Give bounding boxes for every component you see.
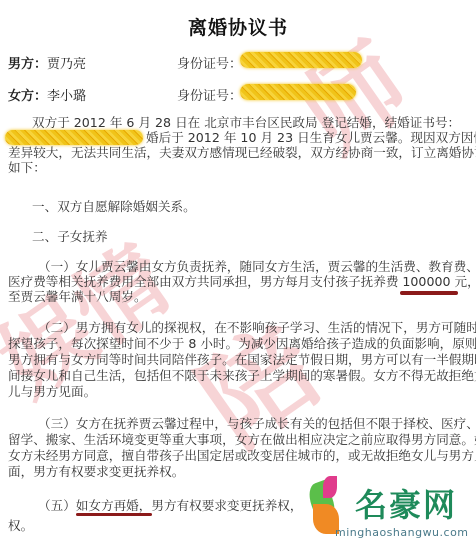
clause-2-line-5: 儿与男方见面。 <box>8 384 96 399</box>
female-id-redaction <box>240 84 356 100</box>
male-party: 男方：贾乃亮 <box>8 53 86 72</box>
clause-1-line-1: （一）女儿贾云馨由女方负责抚养，随同女方生活，贾云馨的生活费、教育费、 <box>38 259 476 274</box>
male-label: 男方： <box>8 57 47 72</box>
divorce-agreement-page: 娱情 陪 师 离婚协议书 男方：贾乃亮 身份证号： 女方：李小璐 身份证号： 双… <box>0 0 476 543</box>
certificate-redaction <box>5 130 143 145</box>
section-2: 二、子女抚养 <box>32 229 108 244</box>
female-label: 女方： <box>8 89 47 104</box>
male-name: 贾乃亮 <box>47 57 86 72</box>
clause-3-line-2: 留学、搬家、生活环境变更等重大事项，女方在做出相应决定之前应取得男方同意。如 <box>8 432 476 447</box>
female-id-label: 身份证号： <box>177 85 242 104</box>
intro-line-1: 双方于 2012 年 6 月 28 日在 北京市丰台区民政局 登记结婚，结婚证书… <box>32 115 460 130</box>
site-logo: 名豪网 minghaoshangwu.com <box>305 474 476 543</box>
clause-3-line-1: （三）女方在抚养贾云馨过程中，与孩子成长有关的包括但不限于择校、医疗、 <box>38 416 476 431</box>
female-party: 女方：李小璐 <box>8 85 86 104</box>
male-id-redaction <box>240 52 362 68</box>
clause-2-line-2: 探望孩子，每次探望时间不少于 8 小时。为减少因离婚给孩子造成的负面影响，原则上 <box>8 336 476 351</box>
clause-3-line-3: 女方未经男方同意，擅自带孩子出国定居或改变居住城市的，或无故拒绝女儿与男方见 <box>8 448 476 463</box>
clause-2-line-4: 间接女儿和自己生活，包括但不限于未来孩子上学期间的寒暑假。女方不得无故拒绝女 <box>8 368 476 383</box>
clause-2-line-1: （二）男方拥有女儿的探视权，在不影响孩子学习、生活的情况下，男方可随时 <box>38 320 476 335</box>
amount-annotation-mark <box>400 291 458 295</box>
clause-2-line-3: 男方拥有与女方同等时间共同陪伴孩子。在国家法定节假日期，男方可以有一半假期时 <box>8 352 476 367</box>
document-title: 离婚协议书 <box>0 13 476 40</box>
female-name: 李小璐 <box>47 89 86 104</box>
clause-5-line-2: 权。 <box>8 518 33 533</box>
male-id-label: 身份证号： <box>177 53 242 72</box>
intro-line-2: 婚后于 2012 年 10 月 23 日生育女儿贾云馨。现因双方因性格 <box>146 130 476 145</box>
remarriage-annotation-mark <box>76 513 152 516</box>
intro-line-4: 如下： <box>8 160 46 175</box>
clause-1-line-2: 医疗费等相关抚养费用全部由双方共同承担，男方每月支付孩子抚养费 100000 元… <box>8 274 476 289</box>
logo-name: 名豪网 <box>355 480 457 526</box>
clause-3-line-4: 面，男方有权要求变更抚养权。 <box>8 464 184 479</box>
logo-leaf-pink-icon <box>323 476 337 498</box>
intro-line-3: 差异较大，无法共同生活，夫妻双方感情现已经破裂，双方经协商一致，订立离婚协议 <box>8 145 476 160</box>
logo-url: minghaoshangwu.com <box>335 526 469 539</box>
clause-1-line-3: 至贾云馨年满十八周岁。 <box>8 289 147 304</box>
section-1: 一、双方自愿解除婚姻关系。 <box>32 199 196 214</box>
clause-5-line-1: （五）如女方再婚，男方有权要求变更抚养权， <box>38 498 302 513</box>
